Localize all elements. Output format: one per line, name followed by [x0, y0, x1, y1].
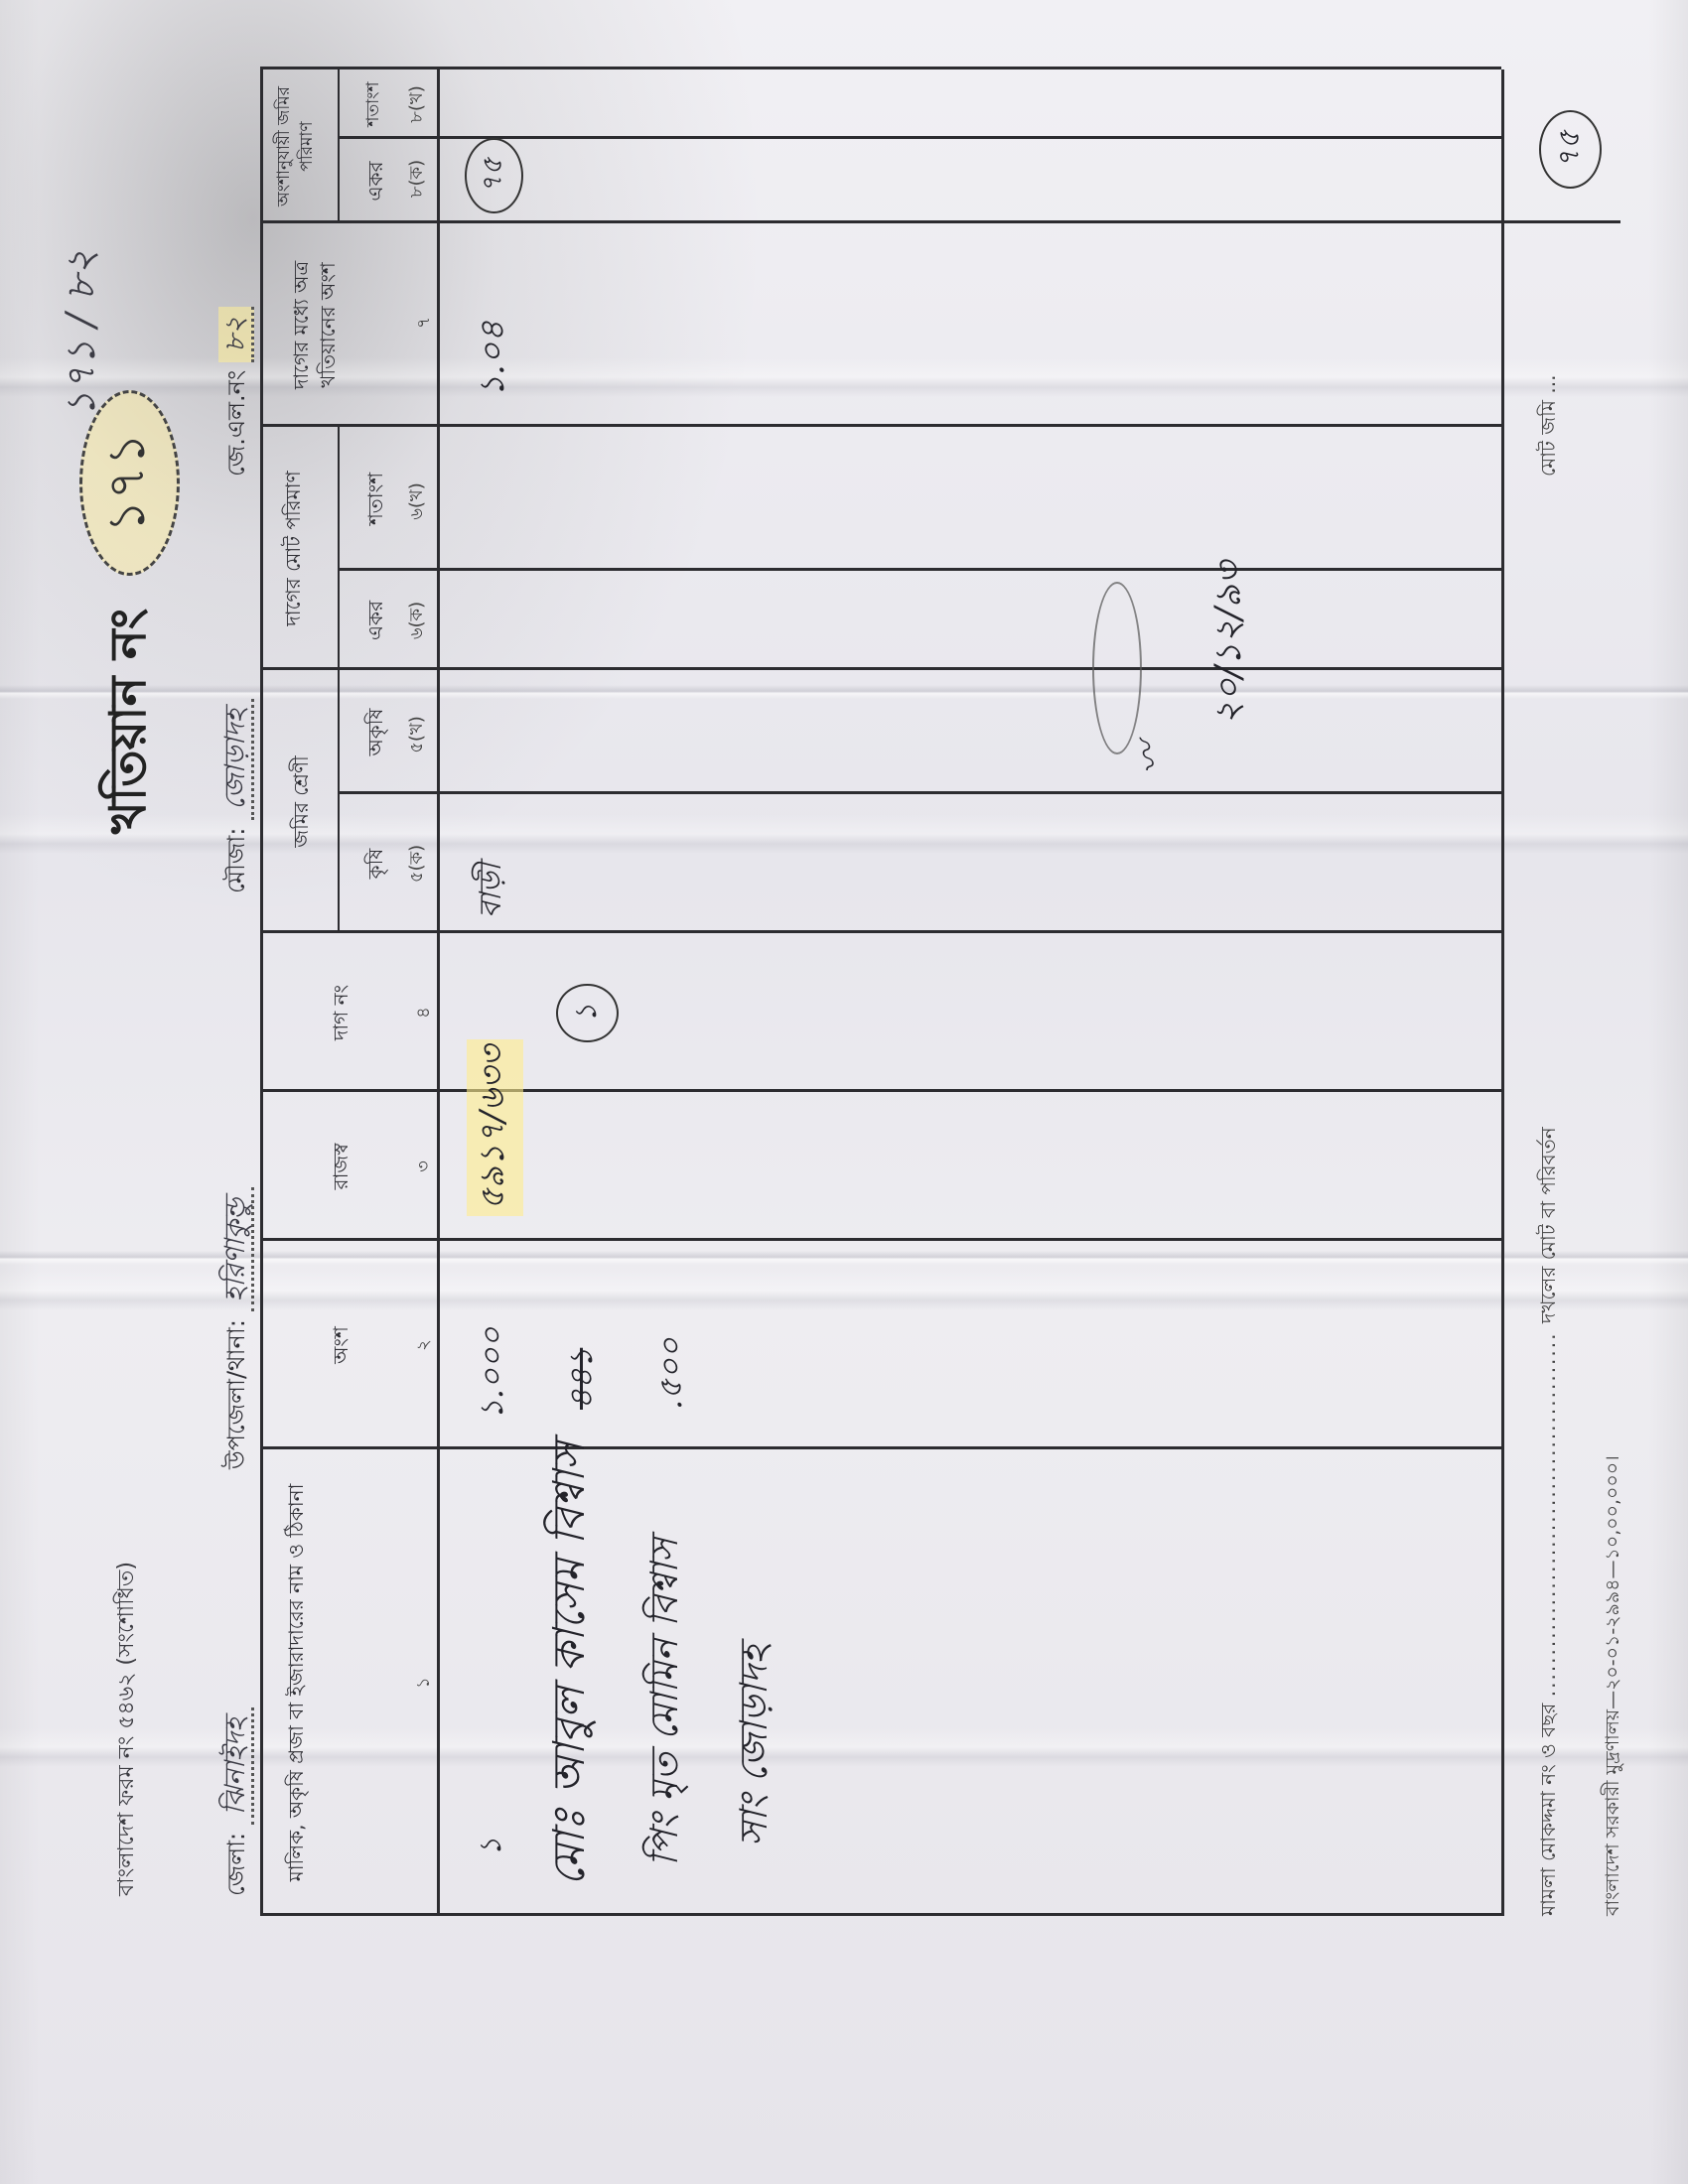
plot-number: ৫৯১৭/৬৩৩	[467, 1039, 523, 1216]
case-label: মামলা মোকদ্দমা নং ও বছর	[1536, 1704, 1560, 1916]
group-header-total-area: দাগের মোট পরিমাণ	[280, 427, 307, 670]
official-stamp	[1092, 582, 1142, 754]
jl-value: ৮২	[218, 307, 254, 362]
upazila-label: উপজেলা/থানা	[222, 1327, 250, 1469]
page-title: খতিয়ান নং	[91, 609, 174, 834]
district-label: জেলা	[222, 1841, 250, 1896]
col-header-revenue: রাজস্ব	[328, 1092, 354, 1241]
table-bottom-border	[1501, 69, 1504, 1916]
footer-total-field: মোট জমি ...	[1534, 375, 1567, 477]
col-num: ৪	[409, 998, 440, 1027]
table-top-border	[260, 69, 263, 1916]
plot-circled-mark: ১	[556, 984, 619, 1042]
column-rule	[260, 67, 1501, 69]
header-bottom-border	[437, 69, 440, 1916]
col-num: ৬(ক)	[402, 581, 433, 660]
column-rule	[260, 1238, 1501, 1241]
col-header-khatian-share: দাগের মধ্যে অত্র খতিয়ানের অংশ	[288, 233, 342, 417]
change-label: দখলের মোট বা পরিবর্তন	[1536, 1127, 1560, 1323]
col-num: ৫(ক)	[402, 824, 433, 903]
land-class-agri: বাড়ী	[467, 864, 517, 918]
col-num: ৫(খ)	[402, 695, 433, 774]
footer-box-rule	[1501, 220, 1620, 223]
khatian-share-value: ১.০৪	[467, 321, 523, 397]
group-header-land-class: জমির শ্রেণী	[288, 670, 315, 933]
share-value: ১.০০০	[467, 1327, 520, 1420]
group-divider	[338, 427, 340, 933]
col-num: ৮(ক)	[402, 139, 433, 218]
footer-box-top	[1501, 69, 1504, 223]
col-num: ৬(খ)	[402, 462, 433, 541]
column-rule	[260, 1913, 1501, 1916]
col-header-share-decimal: শতাংশ	[362, 69, 385, 139]
owner-name: মোঃ আবুল কাসেম বিশ্বাস	[536, 1441, 609, 1886]
col-header-acre: একর	[362, 571, 389, 670]
col-header-agri: কৃষি	[362, 794, 389, 933]
jl-field: জে.এল.নং ৮২	[213, 307, 260, 477]
column-rule	[338, 791, 1501, 794]
group-divider	[338, 69, 340, 223]
col-header-plot-no: দাগ নং	[328, 933, 354, 1092]
corner-note: ১৭১ / ৮২	[50, 249, 116, 417]
column-rule	[338, 136, 1501, 139]
row-serial: ১	[467, 1838, 517, 1856]
form-header: বাংলাদেশ ফরম নং ৫৪৬২ (সংশোধিত)	[109, 1562, 146, 1896]
column-rule	[260, 424, 1501, 427]
share-acre-circled: ৭৫	[465, 138, 523, 213]
share-value: .৫০০	[645, 1337, 699, 1410]
col-num: ৩	[409, 1152, 440, 1181]
signature-date: ২০/১২/৯৩	[1201, 561, 1261, 725]
jl-label: জে.এল.নং	[222, 370, 250, 477]
column-rule	[260, 1089, 1501, 1092]
column-rule	[338, 568, 1501, 571]
share-value-struck: ৪৪১	[556, 1348, 610, 1410]
col-num: ৭	[409, 308, 440, 338]
owner-address: সাং জোড়াদহ	[725, 1645, 788, 1846]
column-rule	[260, 667, 1501, 670]
group-header-share-area: অংশানুযায়ী জমির পরিমাণ	[273, 69, 319, 223]
col-header-share-acre: একর	[362, 139, 389, 223]
column-rule	[260, 930, 1501, 933]
upazila-value: হরিণাকুন্ডু	[218, 1187, 254, 1311]
col-header-decimal: শতাংশ	[362, 427, 389, 571]
khatian-form: বাংলাদেশ ফরম নং ৫৪৬২ (সংশোধিত) খতিয়ান ন…	[0, 0, 1688, 2184]
district-field: জেলা: ঝিনাইদহ	[213, 1707, 260, 1896]
col-num: ৮(খ)	[402, 69, 433, 139]
district-value: ঝিনাইদহ	[218, 1707, 254, 1825]
col-num: ২	[409, 1330, 440, 1360]
printer-line: বাংলাদেশ সরকারী মুদ্রণালয়—২০-০১-২৯৯৪—১০…	[1599, 1455, 1630, 1916]
khatian-number: ১৭১	[79, 390, 180, 576]
mouza-label: মৌজা	[222, 836, 250, 893]
mouza-field: মৌজা: জোড়াদহ	[213, 699, 260, 893]
column-rule	[260, 220, 1501, 223]
col-num: ১	[409, 1668, 440, 1698]
footer-circled-value: ৭৫	[1539, 110, 1602, 189]
footer-case-field: মামলা মোকদ্দমা নং ও বছর ................…	[1534, 1127, 1567, 1916]
col-header-non-agri: অকৃষি	[362, 670, 389, 794]
upazila-field: উপজেলা/থানা: হরিণাকুন্ডু	[213, 1187, 260, 1469]
column-rule	[260, 1446, 1501, 1449]
col-header-owner: মালিক, অকৃষি প্রজা বা ইজারাদারের নাম ও ঠ…	[283, 1469, 310, 1896]
mouza-value: জোড়াদহ	[218, 699, 254, 820]
total-label: মোট জমি	[1536, 400, 1560, 477]
owner-father: পিং মৃত মোমিন বিশ্বাস	[635, 1538, 699, 1866]
col-header-share: অংশ	[328, 1241, 354, 1449]
